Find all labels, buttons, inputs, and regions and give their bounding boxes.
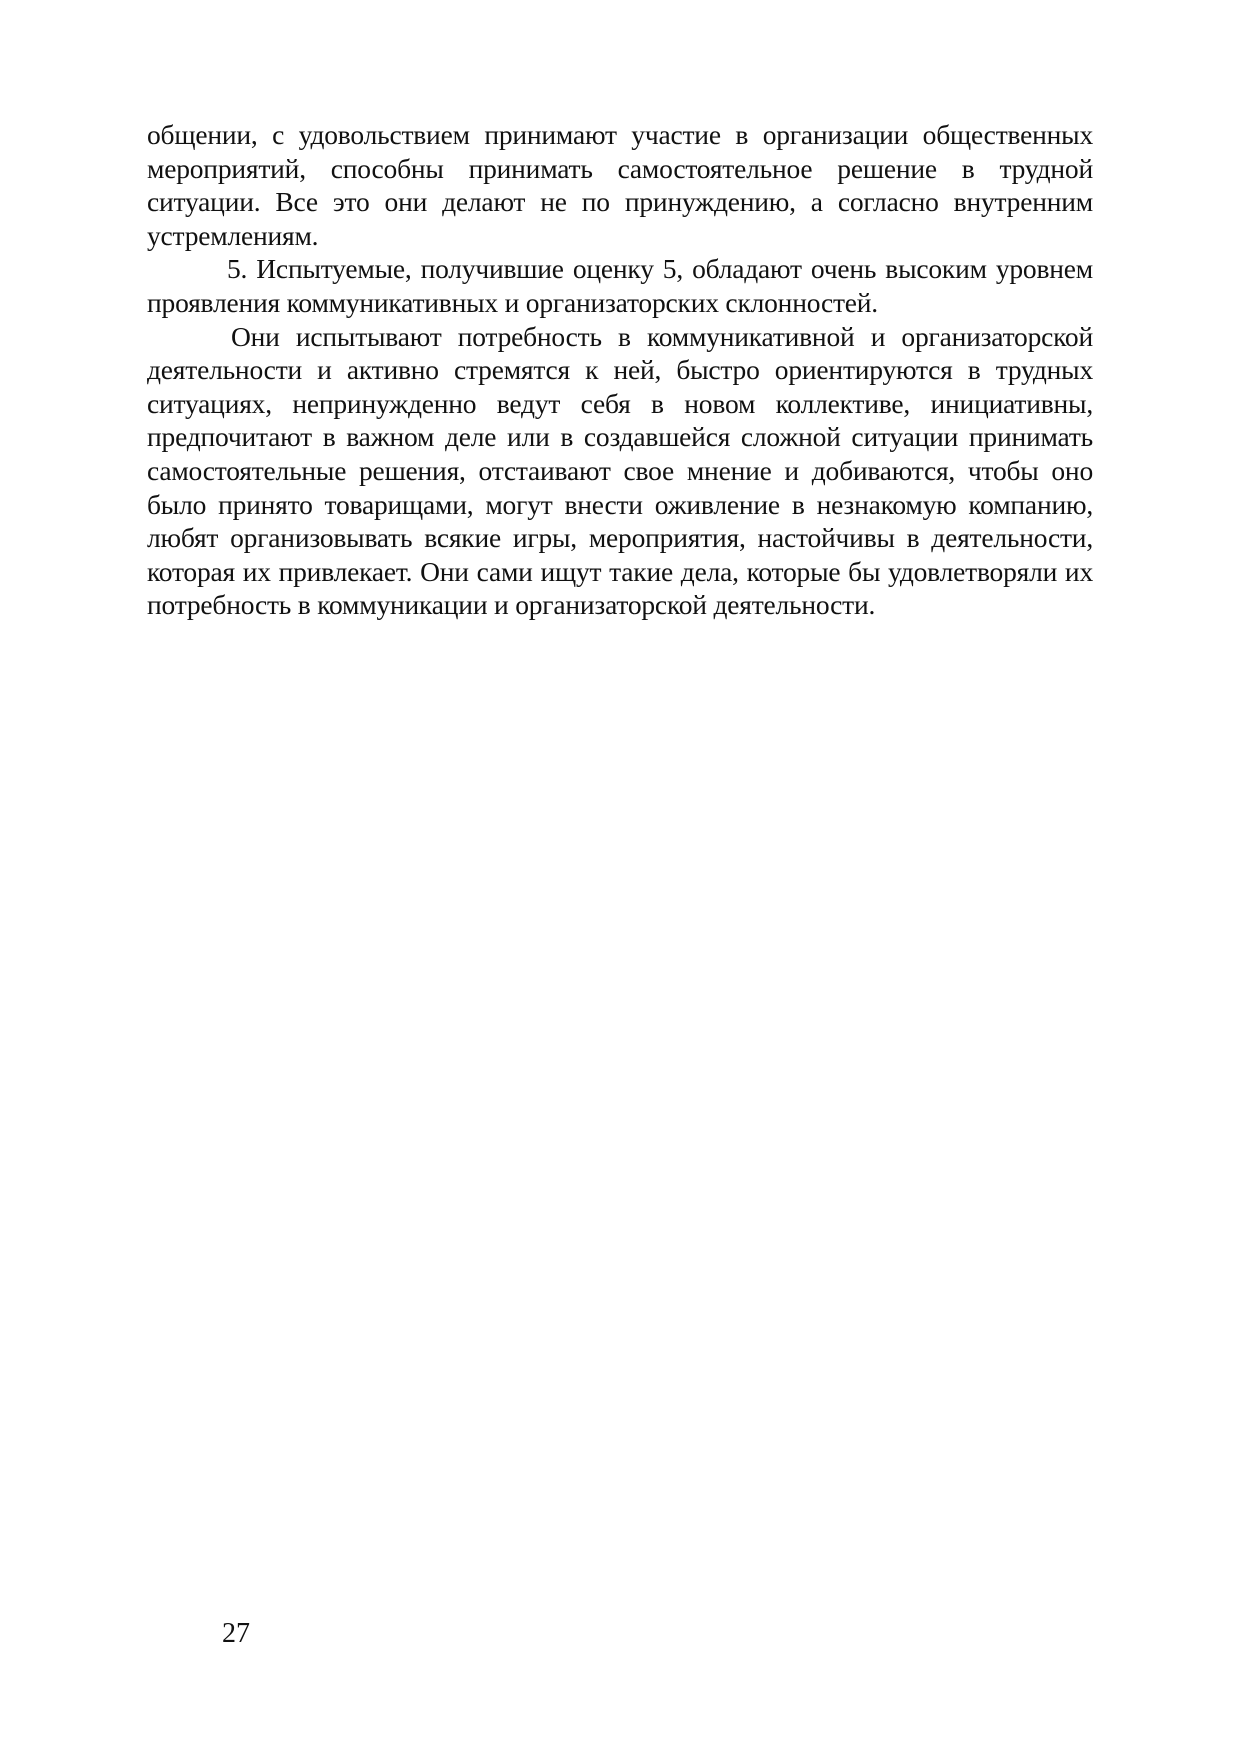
paragraph-score-5-description: Они испытывают потребность в коммуникати… [147, 320, 1093, 622]
document-page: общении, с удовольствием принимают участ… [0, 0, 1240, 1754]
paragraph-continuation: общении, с удовольствием принимают участ… [147, 118, 1093, 252]
page-number: 27 [222, 1618, 250, 1650]
paragraph-score-5: 5. Испытуемые, получившие оценку 5, обла… [147, 252, 1093, 319]
body-text: общении, с удовольствием принимают участ… [147, 118, 1093, 622]
